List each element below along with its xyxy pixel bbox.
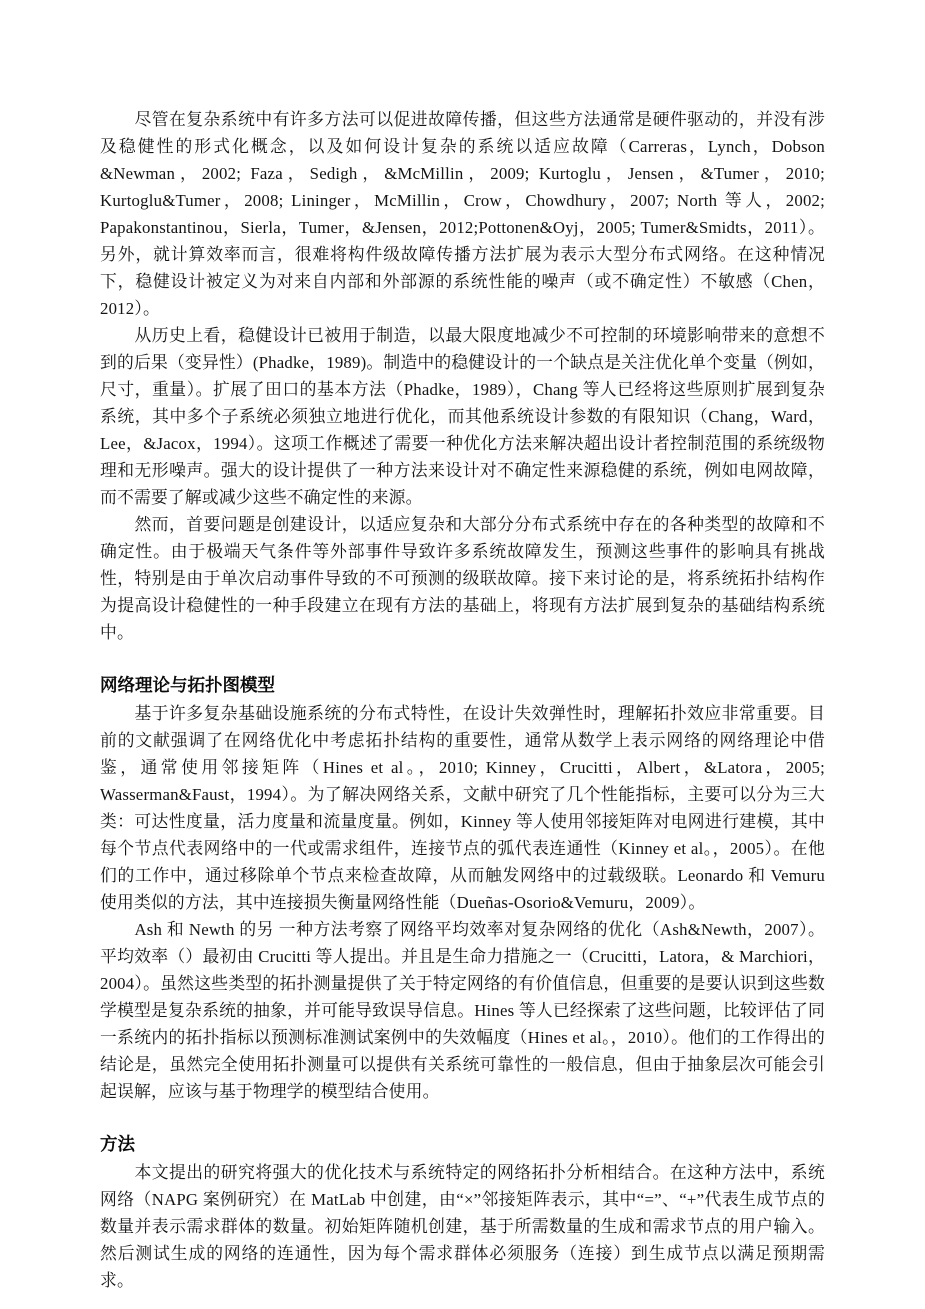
page-canvas: 尽管在复杂系统中有许多方法可以促进故障传播，但这些方法通常是硬件驱动的，并没有涉… [0,0,925,1309]
document-page: { "page": { "background_color": "#ffffff… [0,0,925,1309]
network-theory-paragraph: 基于许多复杂基础设施系统的分布式特性，在设计失效弹性时，理解拓扑效应非常重要。目… [100,700,825,916]
network-theory-section-heading: 网络理论与拓扑图模型 [100,672,825,699]
page-content: 尽管在复杂系统中有许多方法可以促进故障传播，但这些方法通常是硬件驱动的，并没有涉… [100,106,825,1294]
robust-design-history-paragraph: 从历史上看，稳健设计已被用于制造，以最大限度地减少不可控制的环境影响带来的意想不… [100,322,825,511]
intro-fault-propagation-paragraph: 尽管在复杂系统中有许多方法可以促进故障传播，但这些方法通常是硬件驱动的，并没有涉… [100,106,825,322]
methods-section-heading: 方法 [100,1131,825,1158]
methods-paragraph: 本文提出的研究将强大的优化技术与系统特定的网络拓扑分析相结合。在这种方法中，系统… [100,1159,825,1294]
design-challenge-paragraph: 然而，首要问题是创建设计，以适应复杂和大部分分布式系统中存在的各种类型的故障和不… [100,511,825,646]
average-efficiency-paragraph: Ash 和 Newth 的另 一种方法考察了网络平均效率对复杂网络的优化（Ash… [100,916,825,1105]
